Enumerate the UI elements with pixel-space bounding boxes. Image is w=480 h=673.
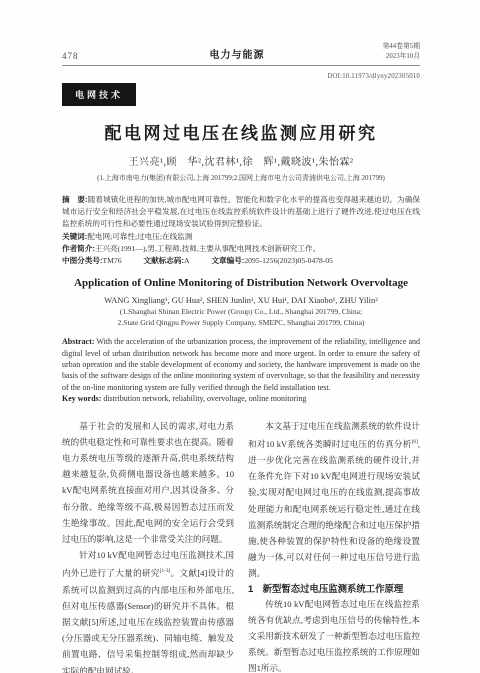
issue-date: 2023年10月 xyxy=(386,53,420,60)
page-content: 478 电力与能源 第44卷第5期 2023年10月 DOI:10.11973/… xyxy=(0,0,480,673)
left-column: 基于社会的发展和人民的需求,对电力系统的供电稳定性和可靠性要求也在提高。随着电力… xyxy=(62,418,234,673)
affiliation-en-line1: (1.Shanghai Shinan Electric Power (Group… xyxy=(120,307,362,316)
journal-name: 电力与能源 xyxy=(210,46,265,61)
english-keywords-text: distribution network, reliability, overv… xyxy=(103,394,306,403)
english-keywords-label: Key words: xyxy=(62,394,101,403)
section-heading-1: 1 新型暂态过电压监测系统工作原理 xyxy=(248,582,420,596)
article-title-en: Application of Online Monitoring of Dist… xyxy=(62,277,420,289)
chinese-meta-block: 摘 要:随着城镇化进程的加快,城市配电网可靠性、智能化和数字化水平的提高也变得越… xyxy=(62,194,420,267)
author-bio-text: 王兴亮(1991—),男,工程师,技师,主要从事配电网技术创新研究工作。 xyxy=(95,244,320,253)
author-bio-label: 作者简介: xyxy=(62,244,95,253)
abstract-label: 摘 要: xyxy=(62,195,88,204)
english-keywords-row: Key words: distribution network, reliabi… xyxy=(62,393,420,404)
body-paragraph: 基于社会的发展和人民的需求,对电力系统的供电稳定性和可靠性要求也在提高。随着电力… xyxy=(62,418,234,548)
authors-en: WANG Xingliang¹, GU Hua², SHEN Junlin¹, … xyxy=(62,296,420,305)
english-abstract-row: Abstract: With the acceleration of the u… xyxy=(62,336,420,393)
article-body: 基于社会的发展和人民的需求,对电力系统的供电稳定性和可靠性要求也在提高。随着电力… xyxy=(62,418,420,673)
affiliation-en-line2: 2.State Grid Qingpu Power Supply Company… xyxy=(118,318,365,327)
issue-info: 第44卷第5期 2023年10月 xyxy=(342,42,420,61)
article-title-cn: 配电网过电压在线监测应用研究 xyxy=(62,119,420,144)
keywords-label: 关键词: xyxy=(62,232,87,241)
authors-cn: 王兴亮¹,顾 华²,沈君林¹,徐 辉¹,戴晓波¹,朱怡霖² xyxy=(62,153,420,168)
author-bio-row: 作者简介:王兴亮(1991—),男,工程师,技师,主要从事配电网技术创新研究工作… xyxy=(62,243,420,255)
page-header: 478 电力与能源 第44卷第5期 2023年10月 xyxy=(62,42,420,61)
journal-page: 478 电力与能源 第44卷第5期 2023年10月 DOI:10.11973/… xyxy=(0,0,480,673)
affiliation-cn: (1.上海市南电力(集团)有限公司,上海 201799;2.国网上海市电力公司青… xyxy=(62,173,420,183)
doc-code-label: 文献标志码: xyxy=(143,256,184,265)
abstract-row: 摘 要:随着城镇化进程的加快,城市配电网可靠性、智能化和数字化水平的提高也变得越… xyxy=(62,194,420,231)
doc-code-text: A xyxy=(184,256,189,265)
article-id-label: 文章编号: xyxy=(211,256,244,265)
page-number: 478 xyxy=(62,51,132,61)
clc-label: 中图分类号: xyxy=(62,256,103,265)
article-id-text: 2095-1256(2023)05-0478-05 xyxy=(244,256,333,265)
affiliation-en: (1.Shanghai Shinan Electric Power (Group… xyxy=(62,307,420,328)
english-abstract-block: Abstract: With the acceleration of the u… xyxy=(62,336,420,404)
abstract-text: 随着城镇化进程的加快,城市配电网可靠性、智能化和数字化水平的提高也变得越来越迫切… xyxy=(62,195,420,228)
keywords-row: 关键词:配电网;可靠性;过电压;在线监测 xyxy=(62,231,420,243)
header-divider xyxy=(62,65,420,66)
keywords-text: 配电网;可靠性;过电压;在线监测 xyxy=(87,232,192,241)
clc-text: TM76 xyxy=(103,256,122,265)
right-column: 本文基于过电压在线监测系统的软件设计和对10 kV系统各类瞬时过电压的仿真分析[… xyxy=(248,418,420,673)
classification-row: 中图分类号:TM76文献标志码:A文章编号:2095-1256(2023)05-… xyxy=(62,255,420,267)
english-abstract-label: Abstract: xyxy=(62,337,94,346)
issue-volume: 第44卷第5期 xyxy=(383,43,420,50)
english-abstract-text: With the acceleration of the urbanizatio… xyxy=(62,337,420,392)
body-paragraph: 本文基于过电压在线监测系统的软件设计和对10 kV系统各类瞬时过电压的仿真分析[… xyxy=(248,418,420,582)
body-paragraph: 针对10 kV配电网暂态过电压监测技术,国内外已进行了大量的研究[1-3]。文献… xyxy=(62,547,234,673)
column-label-badge: 电网技术 xyxy=(62,83,136,106)
body-paragraph: 传统10 kV配电网暂态过电压在线监控系统各有优缺点,考虑到电压信号的传输特性,… xyxy=(248,596,420,673)
doi-text: DOI:10.11973/dlyny202305010 xyxy=(62,73,420,80)
